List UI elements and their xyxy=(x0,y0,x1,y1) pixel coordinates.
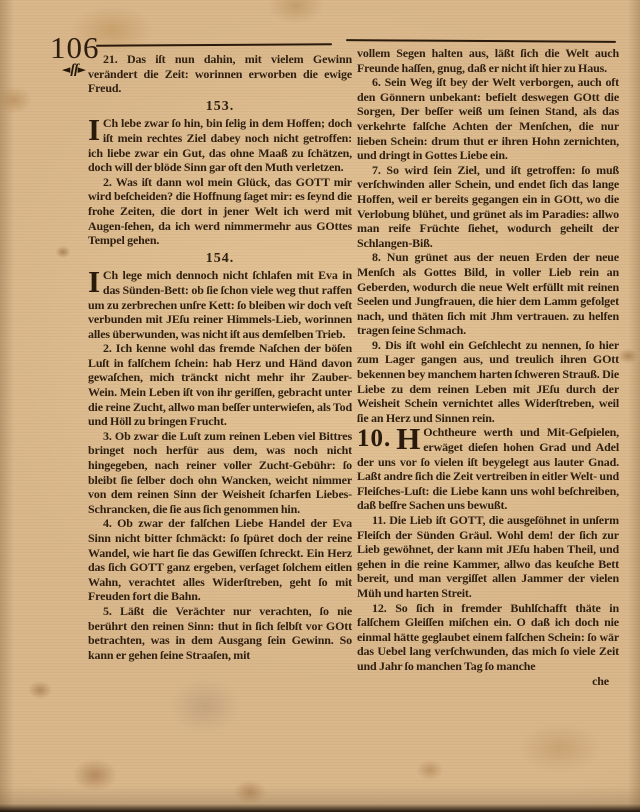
catchword: che xyxy=(357,674,619,689)
hymn-number-heading: 153. xyxy=(88,100,352,115)
drop-cap: H xyxy=(396,425,423,452)
paragraph-text: 5. Läßt die Verächter nur verachten, ſo … xyxy=(88,604,352,662)
paragraph-text: 2. Was iſt dann wol mein Glück, das GOTT… xyxy=(88,175,352,247)
paragraph-text: 9. Dis iſt wohl ein Geſchlecht zu nennen… xyxy=(357,338,619,425)
paragraph-text: Ch lege mich dennoch nicht ſchlafen mit … xyxy=(88,268,352,340)
paragraph-text: 6. Sein Weg iſt bey der Welt verborgen, … xyxy=(357,75,619,162)
page-bottom-edge xyxy=(0,804,640,812)
paragraph: ICh lege mich dennoch nicht ſchlafen mit… xyxy=(88,268,352,341)
paragraph: ICh lebe zwar ſo hin, bin ſelig in dem H… xyxy=(88,116,352,174)
paragraph: 9. Dis iſt wohl ein Geſchlecht zu nennen… xyxy=(357,338,619,426)
hymn-number-heading: 154. xyxy=(88,252,352,267)
paragraph: 7. So wird ſein Ziel, und iſt getroffen:… xyxy=(357,163,619,251)
drop-cap: I xyxy=(88,116,103,143)
paragraph-text: 7. So wird ſein Ziel, und iſt getroffen:… xyxy=(357,163,619,250)
paragraph-text: 2. Ich kenne wohl das fremde Naſchen der… xyxy=(88,341,352,428)
paragraph-text: 11. Die Lieb iſt GOTT, die ausgeſöhnet i… xyxy=(357,513,619,600)
paragraph: 2. Ich kenne wohl das fremde Naſchen der… xyxy=(88,341,352,429)
paragraph-text: 4. Ob zwar der falſchen Liebe Handel der… xyxy=(88,516,352,603)
paragraph-text: 3. Ob zwar die Luſt zum reinen Leben vie… xyxy=(88,429,352,516)
stanza-number-large: 10. xyxy=(357,425,396,452)
ornament-leaf-right: ► xyxy=(78,63,86,76)
paragraph-text: 21. Das iſt nun dahin, mit vielem Gewinn… xyxy=(88,52,352,95)
paragraph: 12. So ſich in fremder Buhlſchafft thäte… xyxy=(357,601,619,674)
text-column-left: 21. Das iſt nun dahin, mit vielem Gewinn… xyxy=(88,52,352,662)
paragraph: 8. Nun grünet aus der neuen Erden der ne… xyxy=(357,250,619,338)
drop-cap: I xyxy=(88,268,103,295)
ornament-center: ſſ xyxy=(70,62,77,77)
paragraph: 4. Ob zwar der falſchen Liebe Handel der… xyxy=(88,516,352,604)
paragraph: 11. Die Lieb iſt GOTT, die ausgeſöhnet i… xyxy=(357,513,619,601)
paragraph-text: vollem Segen halten aus, läßt ſich die W… xyxy=(357,46,619,75)
paragraph: 3. Ob zwar die Luſt zum reinen Leben vie… xyxy=(88,429,352,517)
paragraph: vollem Segen halten aus, läßt ſich die W… xyxy=(357,46,619,75)
text-column-right: vollem Segen halten aus, läßt ſich die W… xyxy=(357,46,619,688)
paragraph-text: 12. So ſich in fremder Buhlſchafft thäte… xyxy=(357,601,619,673)
paragraph: 21. Das iſt nun dahin, mit vielem Gewinn… xyxy=(88,52,352,96)
paragraph: 6. Sein Weg iſt bey der Welt verborgen, … xyxy=(357,75,619,163)
paragraph-text: 8. Nun grünet aus der neuen Erden der ne… xyxy=(357,250,619,337)
paragraph: 10.HOchtheure werth und Mit-Geſpielen, e… xyxy=(357,425,619,513)
paragraph: 5. Läßt die Verächter nur verachten, ſo … xyxy=(88,604,352,662)
paragraph-text: Ch lebe zwar ſo hin, bin ſelig in dem Ho… xyxy=(88,116,352,174)
paragraph: 2. Was iſt dann wol mein Glück, das GOTT… xyxy=(88,175,352,248)
